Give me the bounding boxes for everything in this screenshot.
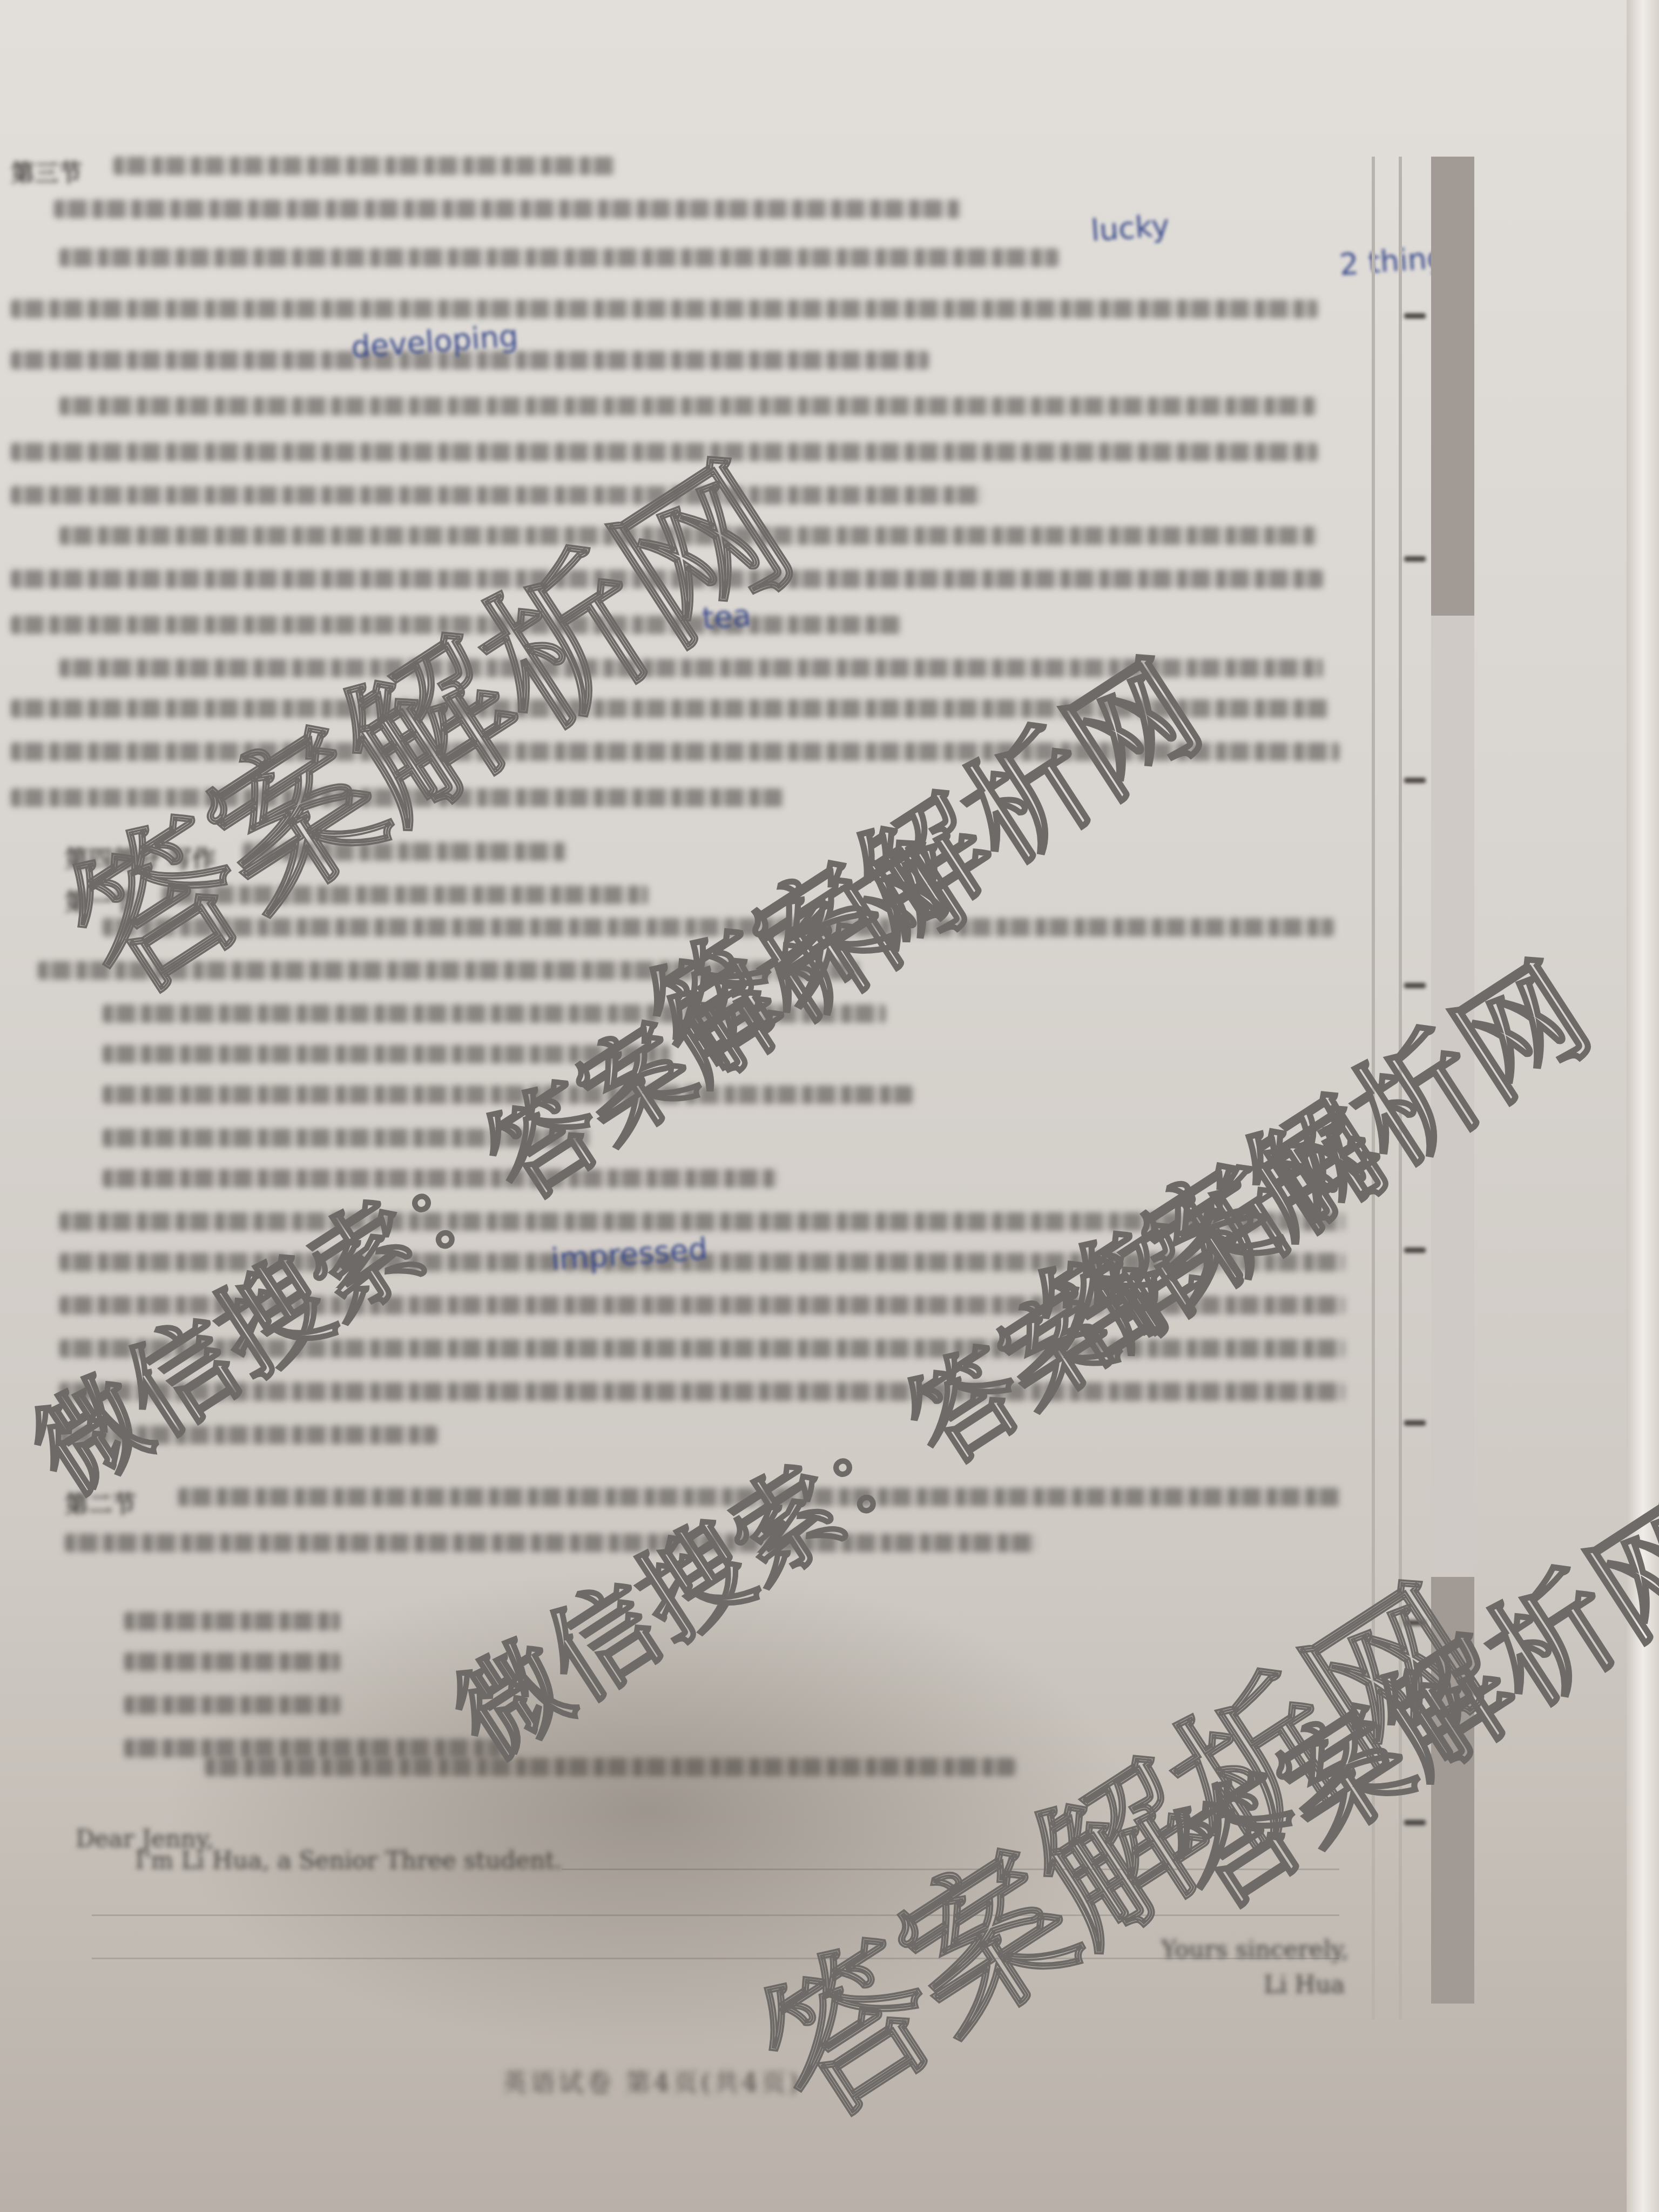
seal-line-dark-segment [1431, 157, 1474, 616]
prompt-item [124, 1653, 340, 1671]
prompt-item [124, 1612, 340, 1630]
section-instruction [113, 157, 616, 175]
margin-label [1404, 313, 1426, 319]
paper-stack-edge [1627, 0, 1659, 2212]
margin-label [1404, 778, 1426, 783]
handwriting: lucky [1090, 208, 1171, 248]
page-footer: 英语试卷 第4页(共4页) [502, 2063, 802, 2099]
text-line [54, 200, 961, 218]
letter-signature: Li Hua [1264, 1971, 1345, 1999]
margin-label [1404, 556, 1426, 562]
prompt-note [205, 1758, 1015, 1776]
text-line [59, 248, 1058, 267]
prompt-note [124, 1739, 502, 1757]
section-header-3: 第三节 [11, 154, 82, 188]
prompt-item [124, 1696, 340, 1714]
text-line [11, 486, 983, 504]
text-line [11, 300, 1318, 318]
margin-label [1404, 1247, 1426, 1253]
letter-opening: I'm Li Hua, a Senior Three student. [135, 1847, 562, 1874]
letter-closing: Yours sincerely, [1161, 1936, 1348, 1964]
margin-label [1404, 1420, 1426, 1426]
